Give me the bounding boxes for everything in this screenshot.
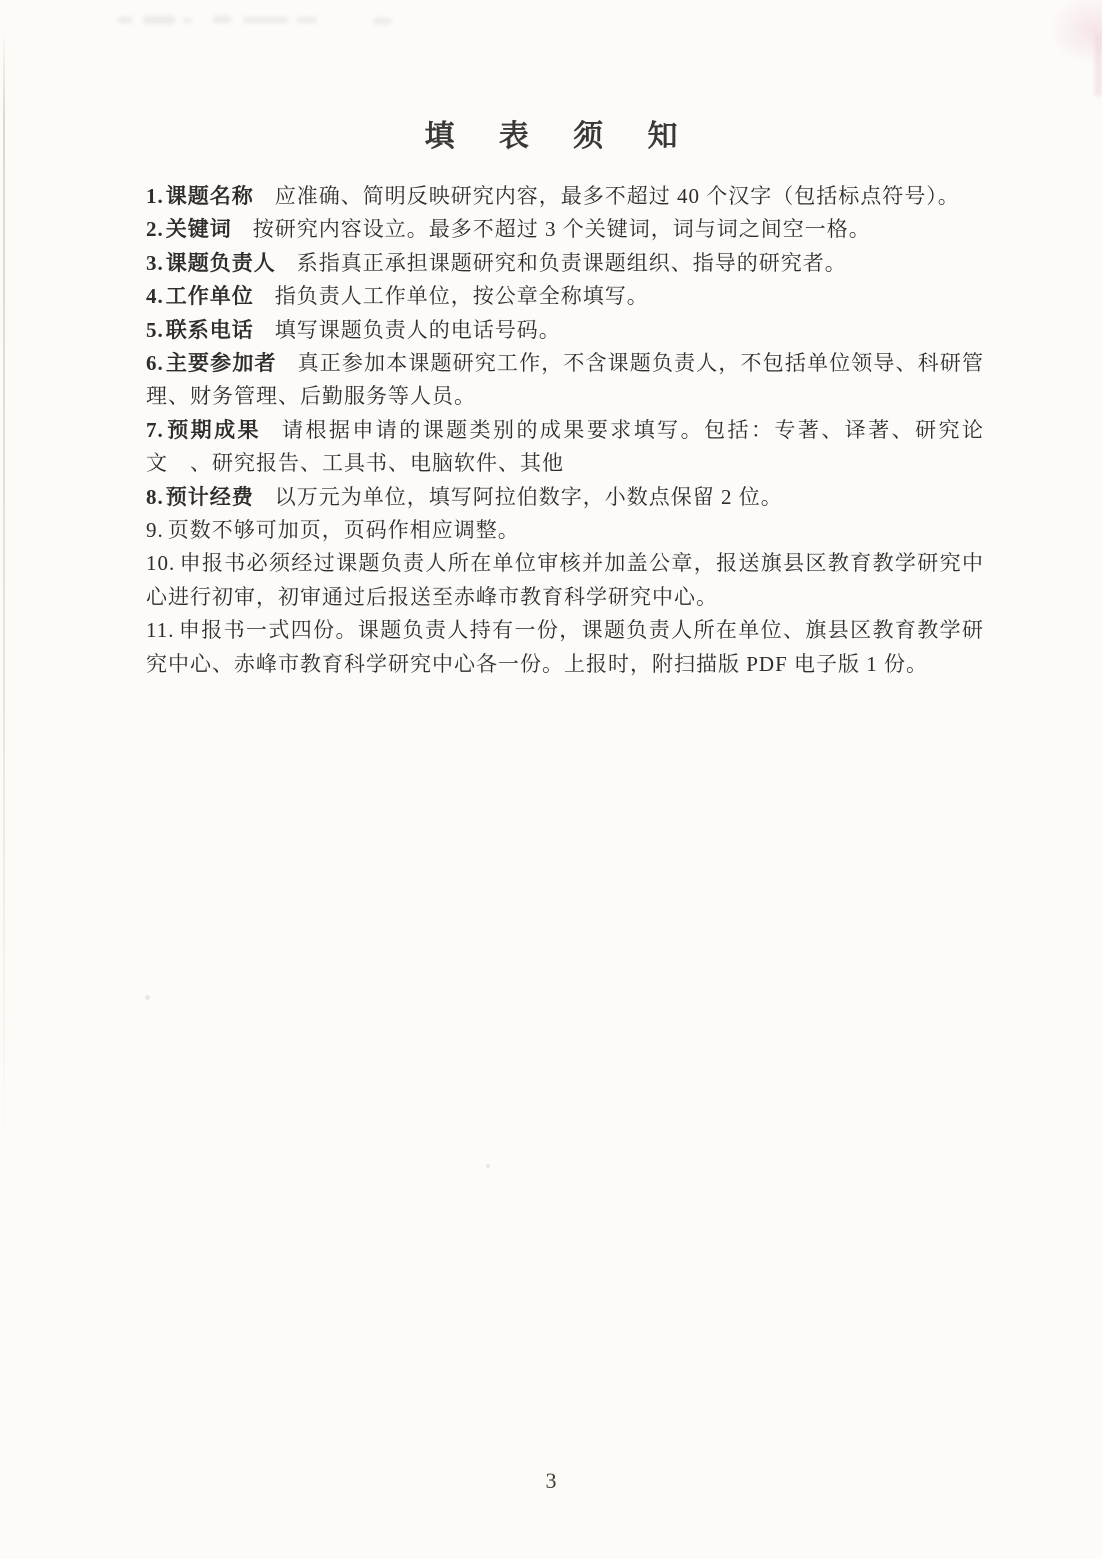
item-label: 课题负责人 [166, 252, 276, 275]
instruction-item: 11.申报书一式四份。课题负责人持有一份，课题负责人所在单位、旗县区教育教学研究… [146, 614, 984, 681]
item-label: 关键词 [166, 218, 232, 241]
scan-speck [145, 995, 150, 1000]
item-number: 1. [146, 184, 164, 208]
item-number: 6. [146, 351, 164, 375]
item-text: 申报书必须经过课题负责人所在单位审核并加盖公章，报送旗县区教育教学研究中心进行初… [146, 551, 984, 608]
item-text: 按研究内容设立。最多不超过 3 个关键词，词与词之间空一格。 [253, 217, 871, 241]
instruction-item: 9.页数不够可加页，页码作相应调整。 [146, 514, 984, 547]
item-text: 申报书一式四份。课题负责人持有一份，课题负责人所在单位、旗县区教育教学研究中心、… [146, 618, 984, 675]
item-number: 4. [146, 284, 164, 308]
instruction-item: 8.预计经费以万元为单位，填写阿拉伯数字，小数点保留 2 位。 [146, 481, 984, 514]
item-text: 请根据申请的课题类别的成果要求填写。包括：专著、译著、研究论文 、研究报告、工具… [146, 418, 984, 475]
scan-smudge [143, 16, 175, 24]
scan-edge-artifact [3, 28, 5, 1158]
item-text: 填写课题负责人的电话号码。 [275, 318, 561, 342]
instruction-item: 4.工作单位指负责人工作单位，按公章全称填写。 [146, 280, 984, 313]
scan-smudge [183, 18, 192, 23]
item-number: 5. [146, 318, 164, 342]
document-page: 填 表 须 知 1.课题名称应准确、简明反映研究内容，最多不超过 40 个汉字（… [0, 0, 1102, 1559]
item-text: 指负责人工作单位，按公章全称填写。 [275, 284, 649, 308]
item-text: 以万元为单位，填写阿拉伯数字，小数点保留 2 位。 [275, 485, 783, 509]
scan-smudge [118, 17, 132, 23]
item-label: 工作单位 [166, 285, 254, 308]
instruction-item: 10.申报书必须经过课题负责人所在单位审核并加盖公章，报送旗县区教育教学研究中心… [146, 547, 984, 614]
scan-smudge [213, 16, 231, 23]
item-text: 应准确、简明反映研究内容，最多不超过 40 个汉字（包括标点符号）。 [275, 184, 960, 208]
instruction-item: 6.主要参加者真正参加本课题研究工作，不含课题负责人，不包括单位领导、科研管理、… [146, 347, 984, 414]
instruction-item: 5.联系电话填写课题负责人的电话号码。 [146, 314, 984, 347]
instruction-item: 1.课题名称应准确、简明反映研究内容，最多不超过 40 个汉字（包括标点符号）。 [146, 180, 984, 213]
item-number: 8. [146, 485, 164, 509]
item-label: 课题名称 [166, 185, 254, 208]
instruction-item: 2.关键词按研究内容设立。最多不超过 3 个关键词，词与词之间空一格。 [146, 213, 984, 246]
item-label: 主要参加者 [166, 352, 277, 375]
instruction-item: 3.课题负责人系指真正承担课题研究和负责课题组织、指导的研究者。 [146, 247, 984, 280]
item-number: 11. [146, 618, 174, 642]
instructions-list: 1.课题名称应准确、简明反映研究内容，最多不超过 40 个汉字（包括标点符号）。… [146, 180, 984, 681]
scan-smudge [373, 18, 391, 24]
item-number: 10. [146, 551, 175, 575]
scan-corner-tint [1095, 34, 1102, 96]
page-number: 3 [0, 1468, 1102, 1494]
item-number: 9. [146, 518, 164, 542]
page-title: 填 表 须 知 [0, 111, 1102, 155]
item-text: 页数不够可加页，页码作相应调整。 [168, 518, 520, 542]
item-text: 系指真正承担课题研究和负责课题组织、指导的研究者。 [297, 251, 847, 275]
scan-smudge [297, 17, 317, 23]
scan-speck [486, 1164, 490, 1168]
item-label: 预计经费 [166, 486, 254, 509]
item-label: 联系电话 [166, 319, 254, 342]
item-label: 预期成果 [166, 419, 261, 442]
scan-smudge [243, 17, 288, 23]
item-number: 3. [146, 251, 164, 275]
item-number: 7. [146, 418, 164, 442]
instruction-item: 7.预期成果请根据申请的课题类别的成果要求填写。包括：专著、译著、研究论文 、研… [146, 414, 984, 481]
scan-corner-tint [1017, 0, 1102, 115]
item-number: 2. [146, 217, 164, 241]
